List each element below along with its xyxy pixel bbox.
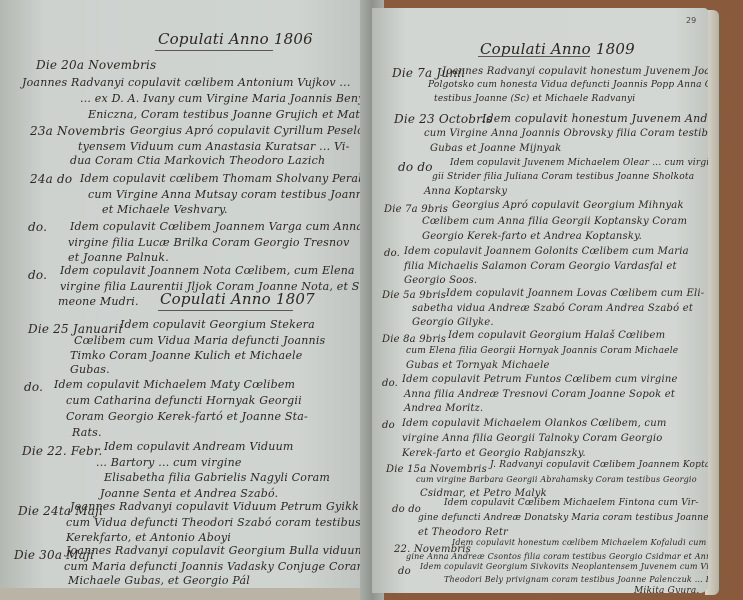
entry-line: gii Strider filia Juliana Coram testibus… <box>432 172 694 182</box>
entry-line: cum Virgine Anna Joannis Obrovsky filia … <box>424 128 708 139</box>
entry-date: 24a do <box>30 172 72 186</box>
entry-line: tyensem Viduum cum Anastasia Kuratsar ..… <box>78 140 350 153</box>
entry-line: Idem copulavit Petrum Funtos Cœlibem cum… <box>402 374 678 385</box>
entry-line: cum Virgine Anna Mutsay coram testibus J… <box>88 188 372 201</box>
entry-date: Die 23 Octobris <box>394 112 492 126</box>
entry-line: gine defuncti Andreæ Donatsky Maria cora… <box>418 513 708 523</box>
entry-line: Mikita Gyura. <box>634 586 699 593</box>
entry-line: Joannes Radvanyi copulavit Georgium Bull… <box>66 544 365 557</box>
entry-date: do. <box>28 220 47 234</box>
heading-underline <box>158 310 293 311</box>
entry-line: Joannes Radvanyi copulavit cœlibem Anton… <box>22 76 351 89</box>
entry-line: Idem copulavit Georgium Sivkovits Neopla… <box>420 562 708 571</box>
entry-line: ... ex D. A. Ivany cum Virgine Maria Joa… <box>80 92 368 105</box>
entry-date: do do <box>398 160 433 174</box>
entry-line: Timko Coram Joanne Kulich et Michaele <box>70 349 302 362</box>
entry-line: Joanne Senta et Andrea Szabó. <box>100 487 278 500</box>
entry-line: Idem copulavit Cœlibem Joannem Varga cum… <box>70 220 363 233</box>
entry-date: do. <box>384 248 400 259</box>
entry-line: Anna Koptarsky <box>424 186 507 197</box>
entry-line: Theodori Bely privignam coram testibus J… <box>444 575 708 584</box>
entry-date: do. <box>24 380 43 394</box>
entry-line: Idem copulavit Michaelem Maty Cœlibem <box>54 378 295 391</box>
entry-date: Die 22. Febr. <box>22 444 103 458</box>
entry-line: Georgio Soos. <box>404 275 477 286</box>
entry-line: Idem copulavit Joannem Nota Cœlibem, cum… <box>60 264 355 277</box>
entry-date: Die 8a 9bris <box>382 334 446 345</box>
page-number: 29 <box>686 16 696 25</box>
left-page-bottom-edge <box>0 588 372 600</box>
entry-line: virgine filia Lucæ Brilka Coram Georgio … <box>68 236 350 249</box>
entry-date: do do <box>392 504 421 515</box>
entry-line: Idem copulavit honestum Juvenem Andream … <box>482 112 708 125</box>
entry-line: Idem copulavit honestum cœlibem Michaele… <box>452 538 708 547</box>
entry-date: do. <box>382 378 398 389</box>
entry-line: Idem copulavit Andream Viduum <box>104 440 294 453</box>
entry-line: cum Elena filia Georgii Hornyak Joannis … <box>406 346 678 356</box>
entry-line: Joannes Radvanyi copulavit Viduum Petrum… <box>70 500 359 513</box>
entry-line: Georgio Gilyke. <box>412 317 494 328</box>
entry-line: Georgius Apró copulavit Georgium Mihnyak <box>452 200 684 211</box>
entry-line: Idem copulavit Joannem Golonits Cœlibem … <box>404 246 689 257</box>
entry-line: gine Anna Andreæ Csontos filia coram tes… <box>406 552 708 561</box>
entry-line: Eniczna, Coram testibus Joanne Grujich e… <box>88 108 372 121</box>
entry-line: Idem copulavit Joannem Lovas Cœlibem cum… <box>446 288 704 299</box>
entry-line: Idem copulavit Georgium Halaš Cœlibem <box>448 330 665 341</box>
entry-line: Rats. <box>72 426 102 439</box>
entry-line: Georgius Apró copulavit Cyrillum Peselov… <box>130 124 372 137</box>
entry-date: do <box>398 566 411 577</box>
entry-line: Michaele Gubas, et Georgio Pál <box>68 574 250 587</box>
entry-line: Andrea Moritz. <box>404 403 483 414</box>
entry-line: Idem copulavit Cœlibem Michaelem Fintona… <box>444 498 699 508</box>
entry-line: virgine Anna filia Georgii Talnoky Coram… <box>402 433 663 444</box>
entry-date: Die 5a 9bris <box>382 290 446 301</box>
entry-line: ... Bartory ... cum virgine <box>96 456 242 469</box>
entry-line: cum Maria defuncti Joannis Vadasky Conju… <box>64 560 372 573</box>
entry-line: filia Michaelis Salamon Coram Georgio Va… <box>404 261 677 272</box>
entry-line: dua Coram Ctia Markovich Theodoro Lazich <box>70 154 325 167</box>
entry-line: Anna filia Andreæ Tresnovi Coram Joanne … <box>404 389 675 400</box>
entry-line: meone Mudri. <box>58 295 139 308</box>
entry-date: 23a Novembris <box>30 124 125 138</box>
entry-line: Gubas et Joanne Mijnyak <box>430 143 561 154</box>
heading-1806: Copulati Anno 1806 <box>158 30 313 48</box>
entry-line: sabetha vidua Andreæ Szabó Coram Andrea … <box>412 303 693 314</box>
entry-line: Gubas et Tornyak Michaele <box>406 360 550 371</box>
entry-line: Idem copulavit Georgium Stekera <box>120 318 315 331</box>
entry-line: Kerekfarto, et Antonio Aboyi <box>66 531 231 544</box>
entry-line: cum virgine Barbara Georgii Abrahamsky C… <box>416 475 697 484</box>
left-page: Copulati Anno 1806 Die 20a Novembris Joa… <box>0 0 372 590</box>
entry-line: J. Radvanyi copulavit Cœlibem Joannem Ko… <box>490 460 708 470</box>
entry-line: cum Catharina defuncti Hornyak Georgii <box>66 394 302 407</box>
right-page: 29 Copulati Anno 1809 Die 7a Junii Joann… <box>372 8 708 593</box>
heading-underline <box>478 56 590 57</box>
entry-line: et Joanne Palnuk. <box>68 251 169 264</box>
entry-line: Coram Georgio Kerek-fartó et Joanne Sta- <box>66 410 308 423</box>
entry-line: Georgio Kerek-farto et Andrea Koptansky. <box>422 231 642 242</box>
entry-date: Die 20a Novembris <box>36 58 156 72</box>
entry-line: et Michaele Veshvary. <box>102 203 228 216</box>
entry-line: et Theodoro Retr <box>418 527 508 538</box>
entry-line: Idem copulavit Juvenem Michaelem Olear .… <box>450 158 708 168</box>
entry-line: Cœlibem cum Anna filia Georgii Koptansky… <box>422 216 687 227</box>
heading-underline <box>155 50 273 51</box>
entry-date: do. <box>28 268 47 282</box>
entry-line: Idem copulavit cœlibem Thomam Sholvany P… <box>80 172 372 185</box>
entry-date: do <box>382 420 395 431</box>
entry-line: Joannes Radvanyi copulavit honestum Juve… <box>442 66 708 77</box>
entry-line: Cœlibem cum Vidua Maria defuncti Joannis <box>74 334 325 347</box>
entry-line: cum Vidua defuncti Theodori Szabó coram … <box>66 516 372 529</box>
entry-line: Elisabetha filia Gabrielis Nagyli Coram <box>104 471 330 484</box>
entry-date: Die 15a Novembris <box>386 464 487 475</box>
entry-line: testibus Joanne (Sc) et Michaele Radvany… <box>434 94 635 104</box>
entry-line: Gubas. <box>70 363 110 376</box>
entry-date: Die 7a 9bris <box>384 204 448 215</box>
heading-1807: Copulati Anno 1807 <box>160 290 315 308</box>
entry-line: Polgotsko cum honesta Vidua defuncti Joa… <box>428 80 708 90</box>
entry-line: Idem copulavit Michaelem Olankos Cœlibem… <box>402 418 667 429</box>
entry-line: Kerek-farto et Georgio Rabjanszky. <box>402 448 586 459</box>
open-register-book: Copulati Anno 1806 Die 20a Novembris Joa… <box>0 0 743 600</box>
